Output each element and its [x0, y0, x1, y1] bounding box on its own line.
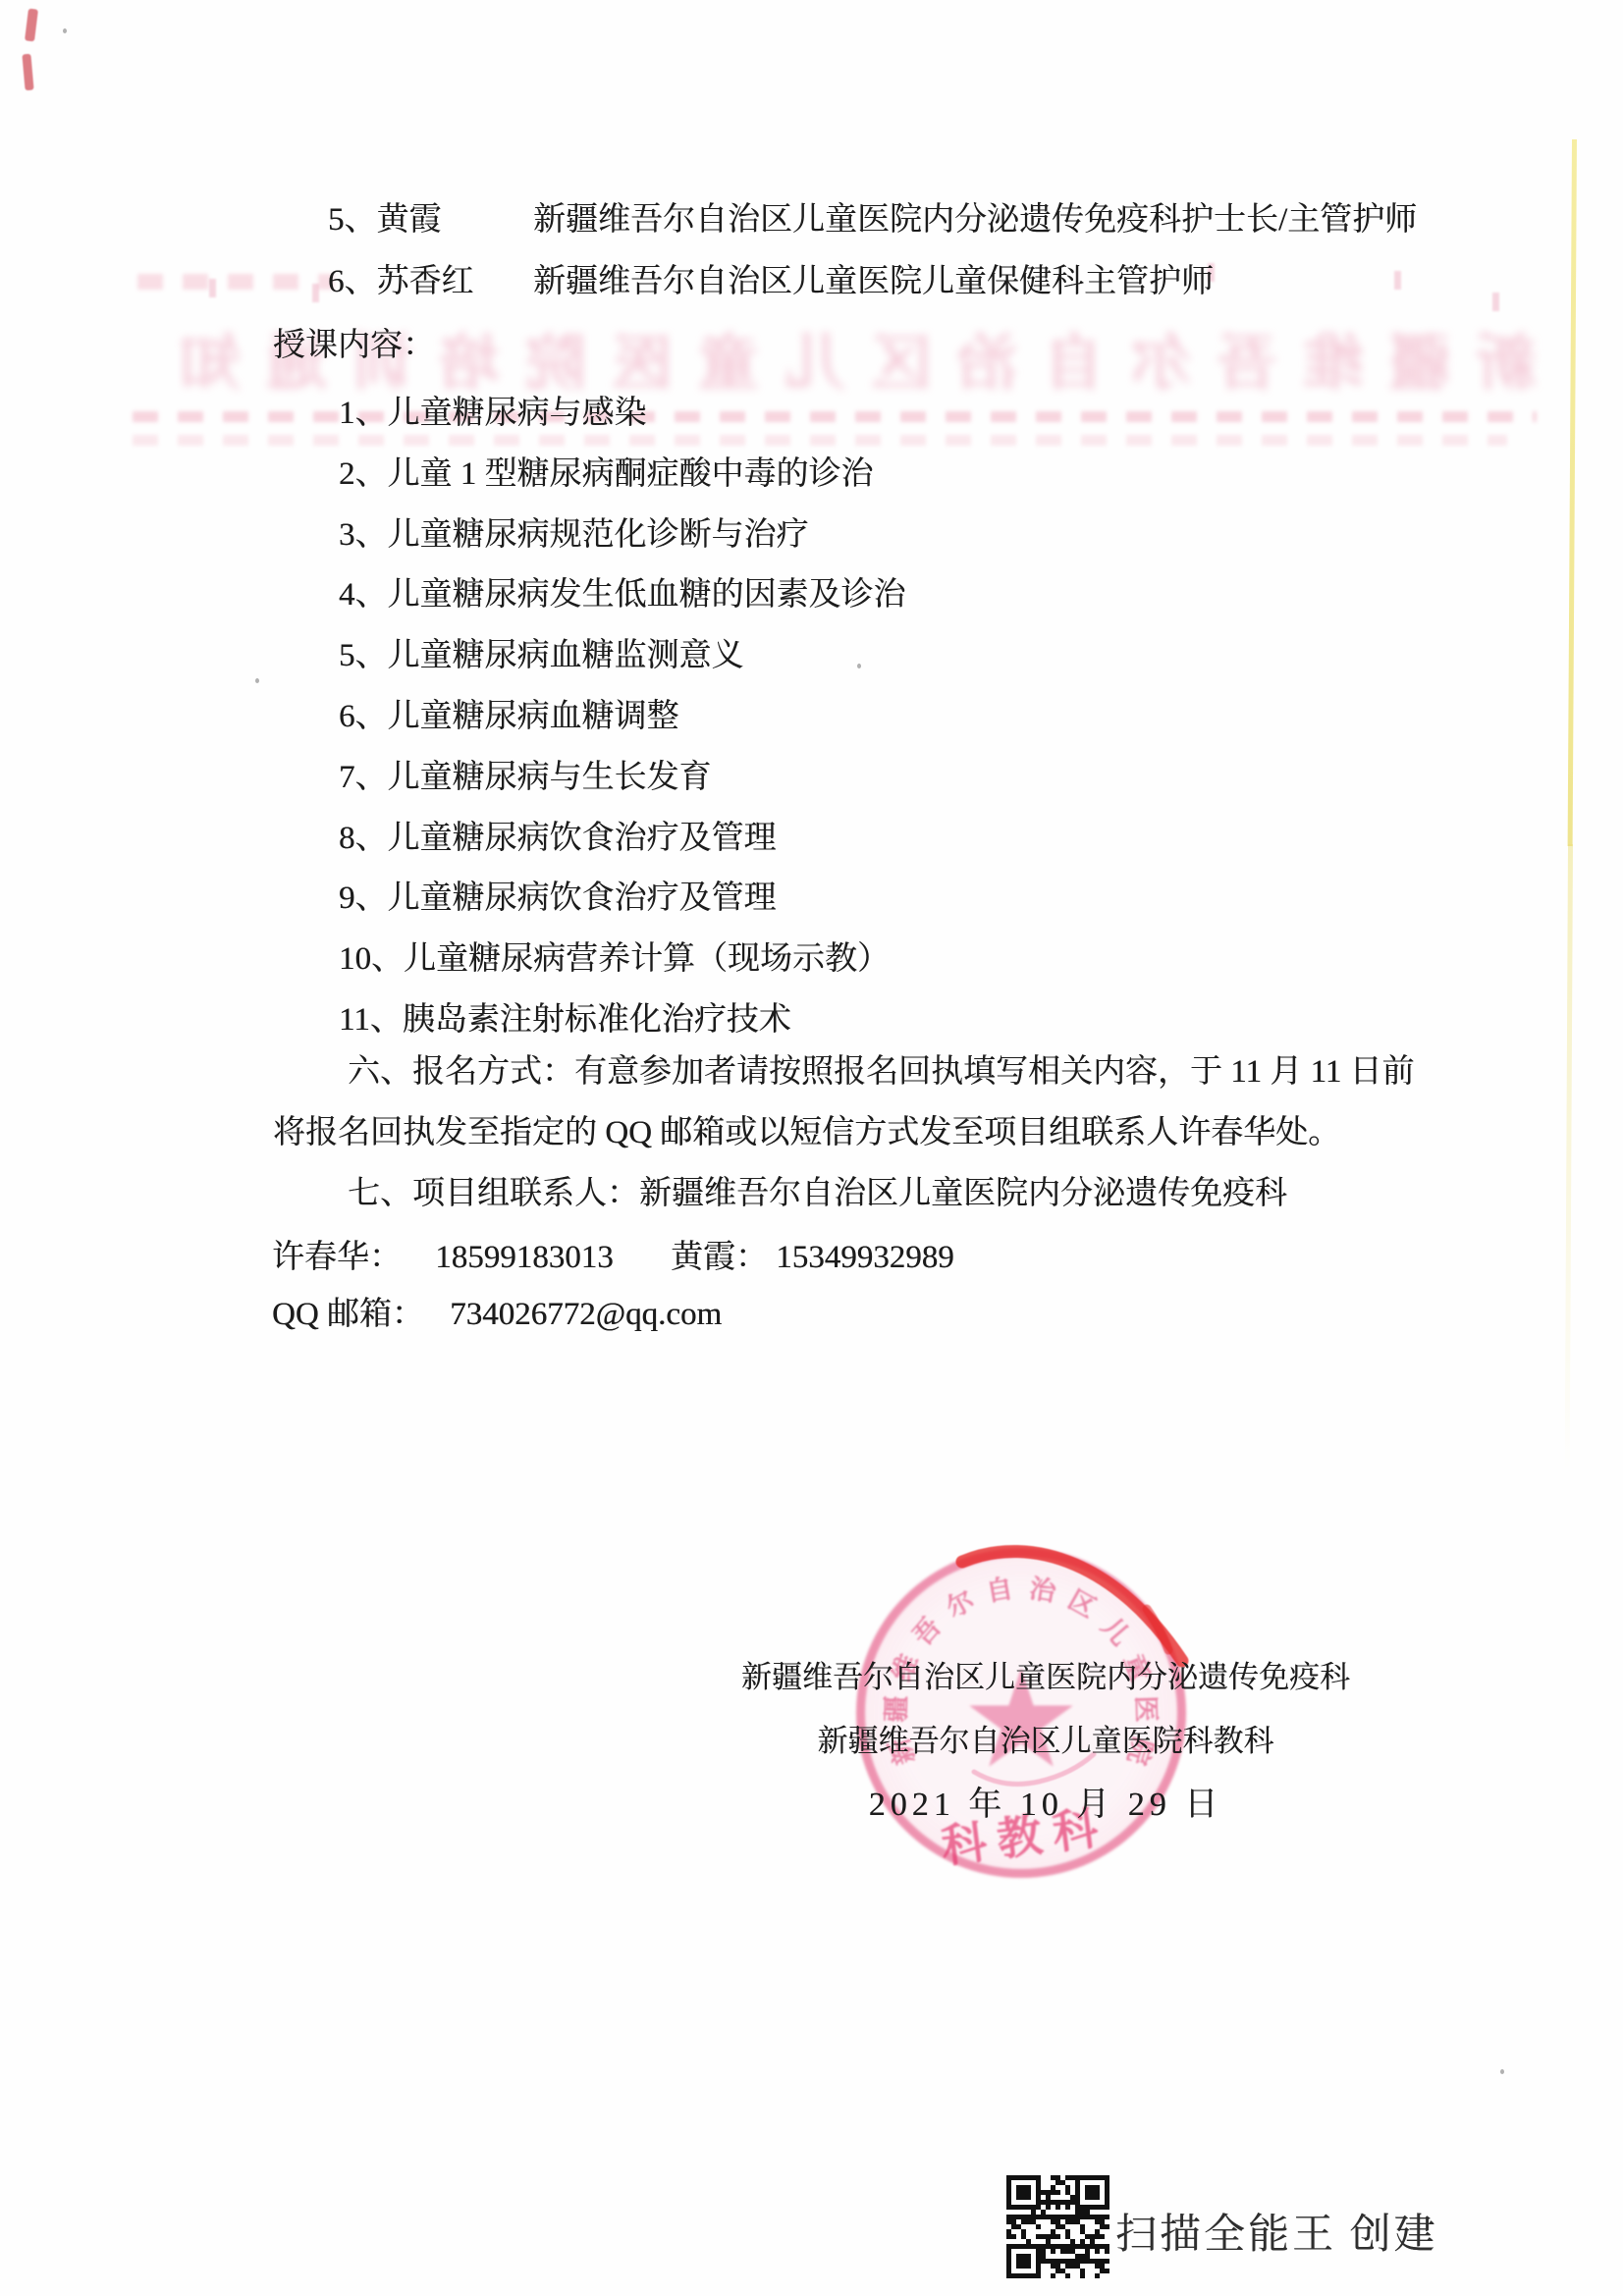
course-item: 7、儿童糖尿病与生长发育 — [339, 751, 712, 797]
camscanner-caption: 扫描全能王 创建 — [1115, 2202, 1438, 2261]
speaker-line: 5、黄霞 新疆维吾尔自治区儿童医院内分泌遗传免疫科护士长/主管护师 — [328, 199, 442, 240]
pink-ink-tick — [209, 279, 216, 297]
speaker-affiliation: 新疆维吾尔自治区儿童医院儿童保健科主管护师 — [533, 261, 1214, 302]
speaker-number-name: 6、苏香红 — [328, 264, 474, 299]
dust-speck — [1500, 2069, 1504, 2074]
scanned-document-page: 新疆维吾尔自治区儿童医院培训通知 5、黄霞 新疆维吾尔自治区儿童医院内分泌遗传免… — [0, 0, 1623, 2296]
signature-department-line: 新疆维吾尔自治区儿童医院内分泌遗传免疫科 — [604, 1652, 1488, 1696]
course-item: 3、儿童糖尿病规范化诊断与治疗 — [339, 508, 809, 555]
speaker-line: 6、苏香红 新疆维吾尔自治区儿童医院儿童保健科主管护师 — [328, 261, 474, 302]
course-item: 5、儿童糖尿病血糖监测意义 — [339, 629, 744, 675]
contact-qq-line: QQ 邮箱： 734026772@qq.com — [272, 1294, 722, 1335]
contact-name: 许春华： — [272, 1240, 402, 1275]
signature-department-line: 新疆维吾尔自治区儿童医院科教科 — [604, 1716, 1488, 1760]
seal-ink-streak — [856, 1548, 1186, 1878]
official-seal: ★ 新疆维吾尔自治区儿童医院 科教科 — [856, 1548, 1186, 1878]
signature-date: 2021 年 10 月 29 日 — [604, 1777, 1488, 1825]
registration-line2: 将报名回执发至指定的 QQ 邮箱或以短信方式发至项目组联系人许春华处。 — [273, 1112, 1340, 1153]
course-item: 2、儿童 1 型糖尿病酮症酸中毒的诊治 — [339, 448, 874, 494]
dust-speck — [857, 664, 861, 668]
course-heading: 授课内容： — [273, 325, 435, 366]
course-item: 6、儿童糖尿病血糖调整 — [339, 690, 679, 736]
scan-fold-line — [1565, 844, 1573, 1472]
course-item: 8、儿童糖尿病饮食治疗及管理 — [339, 812, 777, 858]
qq-address: 734026772@qq.com — [450, 1297, 722, 1332]
dust-speck — [255, 678, 259, 683]
dust-speck — [63, 28, 67, 33]
bleedthrough-smudge — [133, 435, 1507, 446]
speaker-number-name: 5、黄霞 — [328, 202, 442, 238]
bleedthrough-smudge — [137, 274, 334, 290]
red-pen-mark — [22, 54, 33, 91]
course-item: 4、儿童糖尿病发生低血糖的因素及诊治 — [339, 568, 906, 614]
pink-ink-tick — [1492, 293, 1499, 311]
qr-code — [1006, 2175, 1109, 2278]
contact-phone: 18599183013 — [435, 1240, 614, 1275]
registration-line1: 六、报名方式：有意参加者请按照报名回执填写相关内容，于 11 月 11 日前 — [348, 1051, 1415, 1093]
speaker-affiliation: 新疆维吾尔自治区儿童医院内分泌遗传免疫科护士长/主管护师 — [533, 199, 1417, 240]
course-item: 9、儿童糖尿病饮食治疗及管理 — [339, 872, 777, 918]
course-item: 11、胰岛素注射标准化治疗技术 — [339, 993, 791, 1040]
pink-ink-tick — [312, 284, 319, 302]
contact-name: 黄霞： — [671, 1240, 768, 1275]
qq-label: QQ 邮箱： — [272, 1297, 424, 1332]
contact-phone: 15349932989 — [776, 1240, 954, 1275]
pink-ink-tick — [1394, 271, 1401, 290]
contact-phone-line: 许春华： 18599183013 黄霞： 15349932989 — [272, 1237, 954, 1278]
scan-fold-line — [1568, 139, 1577, 846]
course-item: 1、儿童糖尿病与感染 — [339, 387, 647, 433]
contact-heading: 七、项目组联系人：新疆维吾尔自治区儿童医院内分泌遗传免疫科 — [348, 1173, 1287, 1214]
course-item: 10、儿童糖尿病营养计算（现场示教） — [339, 933, 890, 979]
red-pen-mark — [25, 9, 38, 42]
